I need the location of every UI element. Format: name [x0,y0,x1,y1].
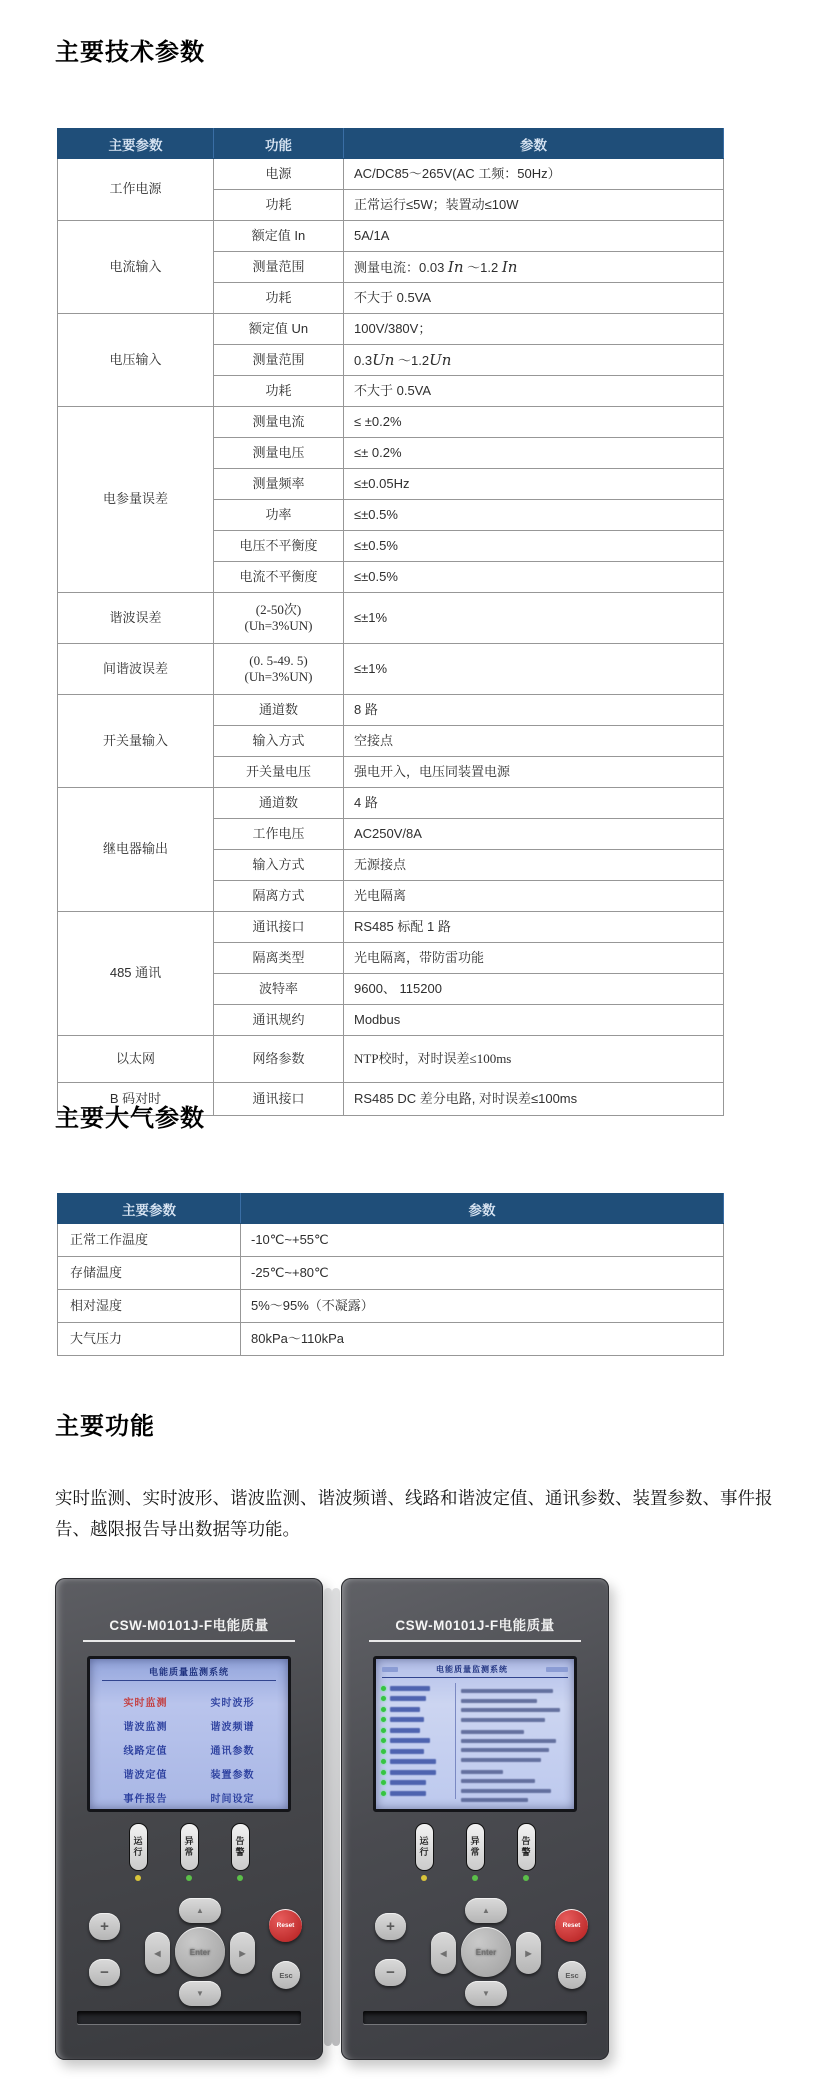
arrow-up-button: ▲ [465,1898,507,1923]
lcd-led-row [381,1736,455,1747]
tech-group-cell: 间谐波误差 [58,644,214,695]
indicator-0: 运行 [129,1823,148,1881]
tech-function-cell: 隔离类型 [214,943,344,974]
tech-value-cell: ≤±0.5% [344,562,724,593]
indicator-2: 告警 [231,1823,250,1881]
tech-function-cell: 测量电流 [214,407,344,438]
tech-group-cell: 电参量误差 [58,407,214,593]
indicator-label: 运行 [132,1836,145,1858]
tech-group-cell: 谐波误差 [58,593,214,644]
lcd-menu-item: 实时监测 [102,1694,189,1709]
indicator-label: 异常 [183,1836,196,1858]
tech-group-cell: 电压输入 [58,314,214,407]
indicator-led [135,1875,141,1881]
lcd-led-row [381,1746,455,1757]
tech-function-cell: 电流不平衡度 [214,562,344,593]
device-model-label: CSW-M0101J-F电能质量 [341,1614,609,1634]
indicator-label: 告警 [520,1836,533,1858]
device-side-bevel [324,1588,332,2046]
tech-function-cell: (2-50次)(Uh=3%UN) [214,593,344,644]
tech-function-cell: 测量频率 [214,469,344,500]
tech-function-cell: 额定值 Un [214,314,344,345]
tech-value-cell: 100V/380V； [344,314,724,345]
lcd-led-row [381,1694,455,1705]
lcd-led-row [381,1767,455,1778]
device-keypad: + − ▲ ◀ Enter ▶ ▼ Reset Esc [341,1897,609,2017]
device-keypad: + − ▲ ◀ Enter ▶ ▼ Reset Esc [55,1897,323,2017]
device-photos: CSW-M0101J-F电能质量 电能质量监测系统 实时监测实时波形谐波监测谐波… [55,1578,609,2060]
tech-value-cell: 不大于 0.5VA [344,283,724,314]
lcd-monitor-datetime [546,1667,568,1672]
lcd-led-list [381,1683,455,1799]
device-bottom-slot [77,2011,301,2024]
tech-value-cell: NTP校时，对时误差≤100ms [344,1036,724,1083]
device-label-underline [83,1640,295,1642]
lcd-menu-item: 通讯参数 [189,1742,276,1757]
lcd-data-line [461,1739,556,1743]
esc-button: Esc [272,1961,300,1989]
tech-value-cell: 无源接点 [344,850,724,881]
lcd-menu-item: 时间设定 [189,1790,276,1805]
atmo-section-heading: 主要大气参数 [55,1098,205,1133]
tech-section-heading: 主要技术参数 [55,32,205,67]
tech-value-cell: AC250V/8A [344,819,724,850]
lcd-led-row [381,1788,455,1799]
tech-value-cell: Modbus [344,1005,724,1036]
tech-function-cell: 输入方式 [214,726,344,757]
tech-value-cell: ≤± 0.2% [344,438,724,469]
tech-function-cell: 网络参数 [214,1036,344,1083]
tech-value-cell: ≤±0.05Hz [344,469,724,500]
atmo-name-cell: 正常工作温度 [58,1224,241,1257]
reset-button: Reset [555,1909,588,1942]
lcd-monitor-body [376,1683,574,1799]
device-lcd-menu-screen: 电能质量监测系统 实时监测实时波形谐波监测谐波频谱线路定值通讯参数谐波定值装置参… [87,1656,291,1812]
indicator-label: 运行 [418,1836,431,1858]
lcd-data-line [461,1798,528,1802]
indicator-led [523,1875,529,1881]
lcd-screen-title: 电能质量监测系统 [90,1659,288,1678]
arrow-left-button: ◀ [431,1932,456,1974]
tech-group-cell: 以太网 [58,1036,214,1083]
indicator-label: 异常 [469,1836,482,1858]
functions-section-heading: 主要功能 [55,1406,155,1441]
tech-value-cell: ≤±0.5% [344,531,724,562]
lcd-led-row [381,1757,455,1768]
tech-function-cell: 电压不平衡度 [214,531,344,562]
tech-value-cell: 测量电流：0.03 In ～1.2 In [344,252,724,283]
tech-value-cell: AC/DC85～265V(AC 工频：50Hz） [344,159,724,190]
indicator-led [186,1875,192,1881]
tech-function-cell: 功耗 [214,190,344,221]
tech-function-cell: 功耗 [214,376,344,407]
tech-function-cell: 通道数 [214,695,344,726]
tech-function-cell: 功率 [214,500,344,531]
lcd-data-line [461,1779,535,1783]
tech-value-cell: ≤±1% [344,593,724,644]
tech-function-cell: (0. 5-49. 5)(Uh=3%UN) [214,644,344,695]
dpad: ▲ ◀ Enter ▶ ▼ [145,1896,255,2008]
tech-function-cell: 电源 [214,159,344,190]
lcd-menu-item: 实时波形 [189,1694,276,1709]
lcd-data-grid [455,1683,569,1799]
device-lcd-monitor-screen: 电能质量监测系统 [373,1656,577,1812]
device-bottom-slot [363,2011,587,2024]
tech-value-cell: 8 路 [344,695,724,726]
arrow-down-button: ▼ [465,1981,507,2006]
plus-button: + [89,1913,120,1940]
indicator-led [237,1875,243,1881]
lcd-monitor-tab [382,1667,398,1672]
arrow-right-button: ▶ [516,1932,541,1974]
indicator-1: 异常 [466,1823,485,1881]
device-photo-left: CSW-M0101J-F电能质量 电能质量监测系统 实时监测实时波形谐波监测谐波… [55,1578,323,2060]
lcd-menu-item: 线路定值 [102,1742,189,1757]
plus-button: + [375,1913,406,1940]
tech-function-cell: 波特率 [214,974,344,1005]
device-photo-right: CSW-M0101J-F电能质量 电能质量监测系统 运行异常告警 + − ▲ ◀… [341,1578,609,2060]
lcd-led-row [381,1683,455,1694]
lcd-led-row [381,1704,455,1715]
tech-group-cell: 继电器输出 [58,788,214,912]
lcd-data-line [461,1770,503,1774]
tech-group-cell: 电流输入 [58,221,214,314]
tech-value-cell: ≤ ±0.2% [344,407,724,438]
tech-value-cell: ≤±1% [344,644,724,695]
atmo-value-cell: 5%～95%（不凝露） [241,1290,724,1323]
tech-function-cell: 测量范围 [214,345,344,376]
lcd-menu-item: 事件报告 [102,1790,189,1805]
atmo-header-main-param: 主要参数 [58,1194,241,1224]
tech-group-cell: 开关量输入 [58,695,214,788]
tech-value-cell: 正常运行≤5W；装置动≤10W [344,190,724,221]
tech-value-cell: ≤±0.5% [344,500,724,531]
lcd-menu-item: 谐波频谱 [189,1718,276,1733]
device-side-bevel [332,1588,340,2046]
lcd-led-row [381,1725,455,1736]
tech-value-cell: 光电隔离，带防雷功能 [344,943,724,974]
arrow-up-button: ▲ [179,1898,221,1923]
lcd-title-underline [102,1680,276,1681]
atmo-header-param: 参数 [241,1194,724,1224]
atmo-name-cell: 大气压力 [58,1323,241,1356]
atmo-parameters-table: 主要参数 参数 正常工作温度-10℃~+55℃存储温度-25℃~+80℃相对湿度… [57,1193,724,1356]
lcd-led-row [381,1715,455,1726]
lcd-data-line [461,1748,549,1752]
dpad: ▲ ◀ Enter ▶ ▼ [431,1896,541,2008]
device-label-underline [369,1640,581,1642]
tech-function-cell: 通讯接口 [214,912,344,943]
tech-header-function: 功能 [214,129,344,159]
minus-button: − [89,1959,120,1986]
indicator-2: 告警 [517,1823,536,1881]
tech-function-cell: 通讯接口 [214,1083,344,1116]
tech-value-cell: 空接点 [344,726,724,757]
tech-function-cell: 测量范围 [214,252,344,283]
tech-group-cell: 工作电源 [58,159,214,221]
atmo-name-cell: 存储温度 [58,1257,241,1290]
arrow-down-button: ▼ [179,1981,221,2006]
tech-function-cell: 功耗 [214,283,344,314]
lcd-data-line [461,1708,560,1712]
tech-value-cell: 5A/1A [344,221,724,252]
tech-value-cell: RS485 标配 1 路 [344,912,724,943]
indicator-1: 异常 [180,1823,199,1881]
arrow-right-button: ▶ [230,1932,255,1974]
tech-value-cell: 0.3Un ～1.2Un [344,345,724,376]
indicator-label: 告警 [234,1836,247,1858]
tech-parameters-table: 主要参数 功能 参数 工作电源电源AC/DC85～265V(AC 工频：50Hz… [57,128,724,1116]
reset-button: Reset [269,1909,302,1942]
enter-button: Enter [175,1927,225,1977]
tech-value-cell: 不大于 0.5VA [344,376,724,407]
enter-button: Enter [461,1927,511,1977]
lcd-data-line [461,1789,551,1793]
tech-value-cell: 9600、 115200 [344,974,724,1005]
indicator-led [421,1875,427,1881]
indicator-led [472,1875,478,1881]
tech-group-cell: 485 通讯 [58,912,214,1036]
tech-function-cell: 开关量电压 [214,757,344,788]
atmo-name-cell: 相对湿度 [58,1290,241,1323]
tech-function-cell: 额定值 In [214,221,344,252]
status-indicators: 运行异常告警 [341,1823,609,1881]
tech-function-cell: 输入方式 [214,850,344,881]
lcd-menu-item: 谐波定值 [102,1766,189,1781]
atmo-value-cell: -10℃~+55℃ [241,1224,724,1257]
esc-button: Esc [558,1961,586,1989]
indicator-0: 运行 [415,1823,434,1881]
arrow-left-button: ◀ [145,1932,170,1974]
lcd-menu-item: 谐波监测 [102,1718,189,1733]
tech-value-cell: 光电隔离 [344,881,724,912]
lcd-data-line [461,1689,553,1693]
tech-value-cell: 4 路 [344,788,724,819]
lcd-led-row [381,1778,455,1789]
minus-button: − [375,1959,406,1986]
lcd-data-line [461,1718,545,1722]
lcd-screen-title: 电能质量监测系统 [398,1664,546,1675]
lcd-menu-item: 装置参数 [189,1766,276,1781]
lcd-title-underline [382,1677,568,1678]
atmo-value-cell: 80kPa～110kPa [241,1323,724,1356]
tech-function-cell: 通道数 [214,788,344,819]
tech-value-cell: 强电开入，电压同装置电源 [344,757,724,788]
functions-description: 实时监测、实时波形、谐波监测、谐波频谱、线路和谐波定值、通讯参数、装置参数、事件… [55,1483,779,1545]
lcd-data-line [461,1699,537,1703]
lcd-monitor-titlebar: 电能质量监测系统 [376,1659,574,1675]
tech-header-main-param: 主要参数 [58,129,214,159]
status-indicators: 运行异常告警 [55,1823,323,1881]
lcd-menu: 实时监测实时波形谐波监测谐波频谱线路定值通讯参数谐波定值装置参数事件报告时间设定… [90,1694,288,1812]
lcd-data-line [461,1730,524,1734]
tech-function-cell: 隔离方式 [214,881,344,912]
tech-value-cell: RS485 DC 差分电路, 对时误差≤100ms [344,1083,724,1116]
device-model-label: CSW-M0101J-F电能质量 [55,1614,323,1634]
tech-function-cell: 通讯规约 [214,1005,344,1036]
tech-function-cell: 测量电压 [214,438,344,469]
tech-header-param: 参数 [344,129,724,159]
tech-function-cell: 工作电压 [214,819,344,850]
lcd-data-line [461,1758,541,1762]
atmo-value-cell: -25℃~+80℃ [241,1257,724,1290]
